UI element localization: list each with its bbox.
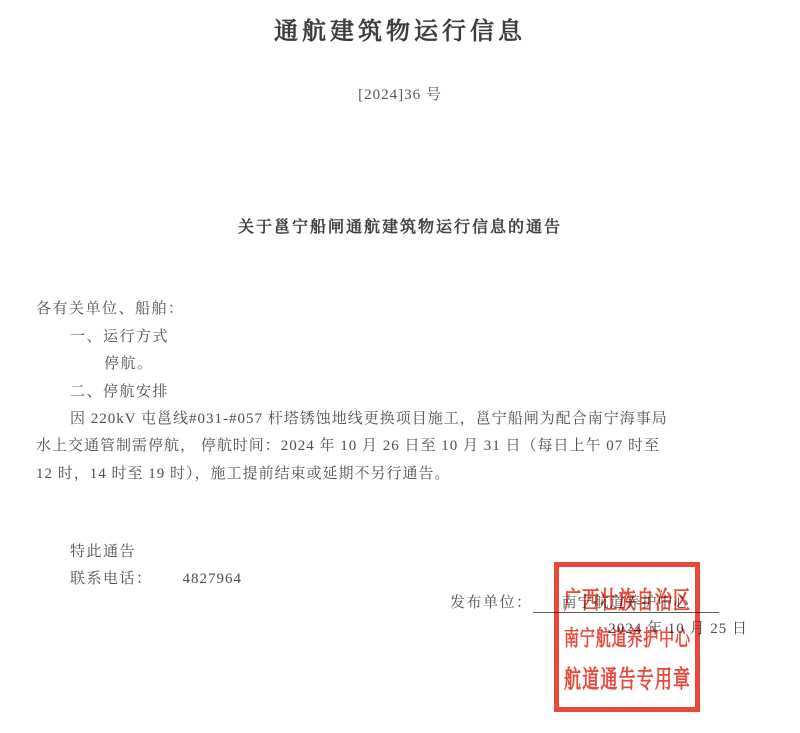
- official-red-stamp: 广西壮族自治区 南宁航道养护中心 航道通告专用章: [554, 562, 700, 712]
- section1-body: 停航。: [104, 352, 154, 373]
- notice-document: 通航建筑物运行信息 [2024]36 号 关于邕宁船闸通航建筑物运行信息的通告 …: [0, 0, 800, 733]
- closing-statement: 特此通告: [70, 540, 136, 561]
- issuer-label: 发布单位：: [450, 595, 533, 611]
- contact-line: 联系电话：4827964: [70, 567, 242, 588]
- salutation: 各有关单位、船舶：: [36, 297, 185, 318]
- notice-subtitle: 关于邕宁船闸通航建筑物运行信息的通告: [0, 214, 800, 237]
- contact-phone: 4827964: [183, 571, 243, 588]
- stamp-purpose-line: 航道通告专用章: [564, 658, 690, 694]
- contact-label: 联系电话：: [70, 571, 153, 587]
- paragraph-line-2: 水上交通管制需停航， 停航时间：2024 年 10 月 26 日至 10 月 3…: [36, 434, 660, 455]
- section1-heading: 一、运行方式: [70, 325, 169, 346]
- document-number: [2024]36 号: [0, 83, 800, 104]
- section2-heading: 二、停航安排: [70, 380, 169, 401]
- stamp-region-line: 广西壮族自治区: [564, 580, 690, 616]
- paragraph-line-3: 12 时，14 时至 19 时），施工提前结束或延期不另行通告。: [36, 462, 451, 483]
- document-title: 通航建筑物运行信息: [0, 11, 800, 46]
- stamp-organization-line: 南宁航道养护中心: [564, 622, 690, 652]
- paragraph-line-1: 因 220kV 屯邕线#031-#057 杆塔锈蚀地线更换项目施工，邕宁船闸为配…: [70, 407, 668, 428]
